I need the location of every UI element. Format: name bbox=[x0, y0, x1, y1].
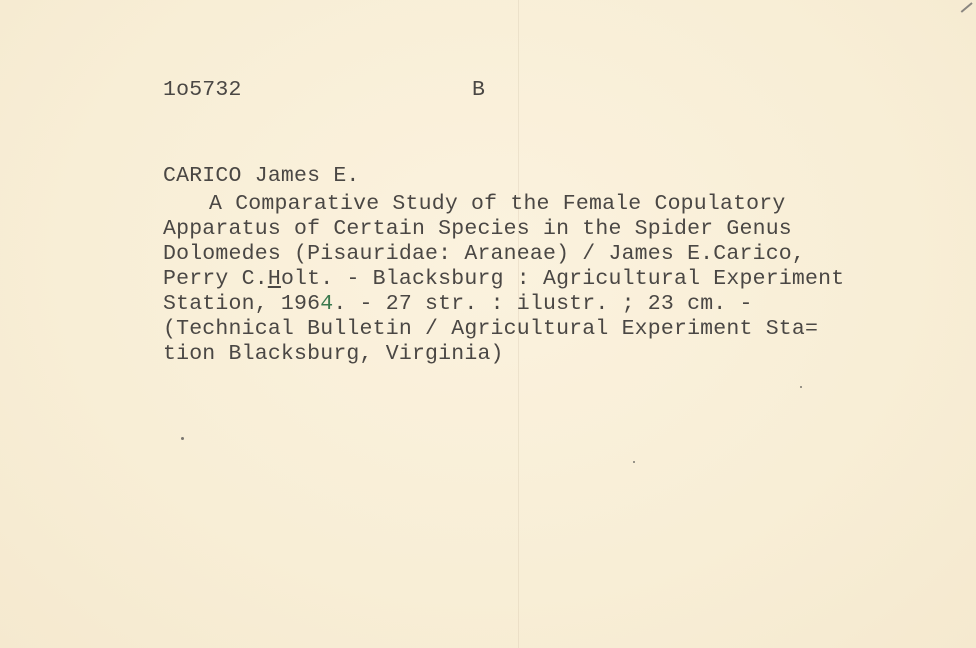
corrected-digit: 4 bbox=[320, 292, 333, 316]
ink-speck bbox=[800, 386, 802, 388]
pencil-mark bbox=[961, 2, 973, 13]
catalog-card: 1o5732 B CARICO James E. A Comparative S… bbox=[0, 0, 976, 648]
imprint-line-1: Perry C.Holt. - Blacksburg : Agricultura… bbox=[163, 269, 844, 291]
title-line-2: Apparatus of Certain Species in the Spid… bbox=[163, 219, 792, 241]
imprint-line-2: Station, 1964. - 27 str. : ilustr. ; 23 … bbox=[163, 294, 753, 316]
underlined-letter: H bbox=[268, 267, 281, 291]
ink-speck bbox=[181, 437, 184, 440]
imprint-text: . - 27 str. : ilustr. ; 23 cm. - bbox=[333, 292, 752, 316]
imprint-text: Station, 196 bbox=[163, 292, 320, 316]
series-line-1: (Technical Bulletin / Agricultural Exper… bbox=[163, 319, 818, 341]
title-line-1: A Comparative Study of the Female Copula… bbox=[209, 194, 786, 216]
imprint-text: olt. - Blacksburg : Agricultural Experim… bbox=[281, 267, 844, 291]
title-line-3: Dolomedes (Pisauridae: Araneae) / James … bbox=[163, 244, 805, 266]
series-line-2: tion Blacksburg, Virginia) bbox=[163, 344, 504, 366]
call-number: 1o5732 bbox=[163, 80, 242, 102]
shelf-letter: B bbox=[472, 80, 485, 102]
ink-speck bbox=[633, 461, 635, 463]
author-heading: CARICO James E. bbox=[163, 166, 360, 188]
imprint-text: Perry C. bbox=[163, 267, 268, 291]
